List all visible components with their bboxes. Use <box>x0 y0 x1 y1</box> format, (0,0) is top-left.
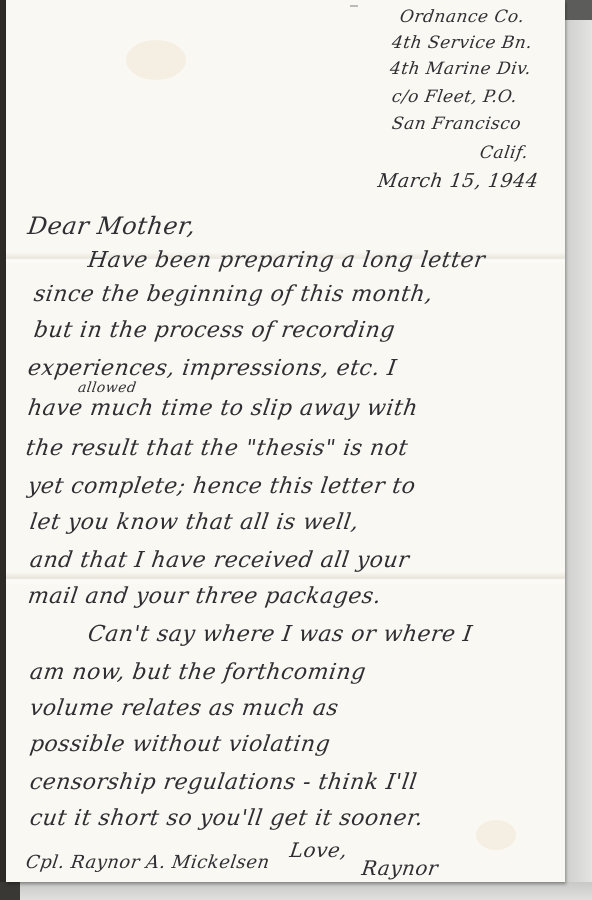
address-line: 4th Marine Div. <box>388 58 532 80</box>
body-line: the result that the "thesis" is not <box>24 436 409 461</box>
insertion-note: allowed <box>77 380 138 396</box>
paper-stain <box>126 40 186 80</box>
body-line: mail and your three packages. <box>26 584 383 609</box>
scan-top-right-band <box>565 0 592 20</box>
address-line: Ordnance Co. <box>398 6 525 28</box>
paper-stain <box>476 820 516 850</box>
body-line: have much time to slip away with <box>26 396 419 421</box>
address-line: c/o Fleet, P.O. <box>390 86 518 108</box>
body-line: am now, but the forthcoming <box>28 660 367 685</box>
body-line: Have been preparing a long letter <box>86 248 487 273</box>
letter-date: March 15, 1944 <box>376 170 539 192</box>
body-line: Can't say where I was or where I <box>86 622 474 647</box>
salutation: Dear Mother, <box>26 212 198 240</box>
closing: Love, <box>288 838 349 862</box>
body-line: experiences, impressions, etc. I <box>26 356 398 381</box>
body-line: volume relates as much as <box>28 696 340 721</box>
address-line: 4th Service Bn. <box>390 32 533 54</box>
body-line: but in the process of recording <box>32 318 396 343</box>
signature: Raynor <box>360 856 440 880</box>
body-line: since the beginning of this month, <box>32 282 434 307</box>
scan-mark <box>350 5 358 7</box>
body-line: yet complete; hence this letter to <box>26 474 417 499</box>
scan-right-margin <box>565 0 592 900</box>
body-line: possible without violating <box>28 732 332 757</box>
body-line: let you know that all is well, <box>28 510 360 535</box>
scan-bottom-left-edge <box>0 882 20 900</box>
sender-name: Cpl. Raynor A. Mickelsen <box>25 852 272 873</box>
body-line: censorship regulations - think I'll <box>28 770 418 795</box>
scan-bottom-margin <box>0 882 592 900</box>
body-line: and that I have received all your <box>28 548 411 573</box>
address-line: Calif. <box>478 142 529 164</box>
address-line: San Francisco <box>390 113 522 135</box>
body-line: cut it short so you'll get it sooner. <box>28 806 425 831</box>
